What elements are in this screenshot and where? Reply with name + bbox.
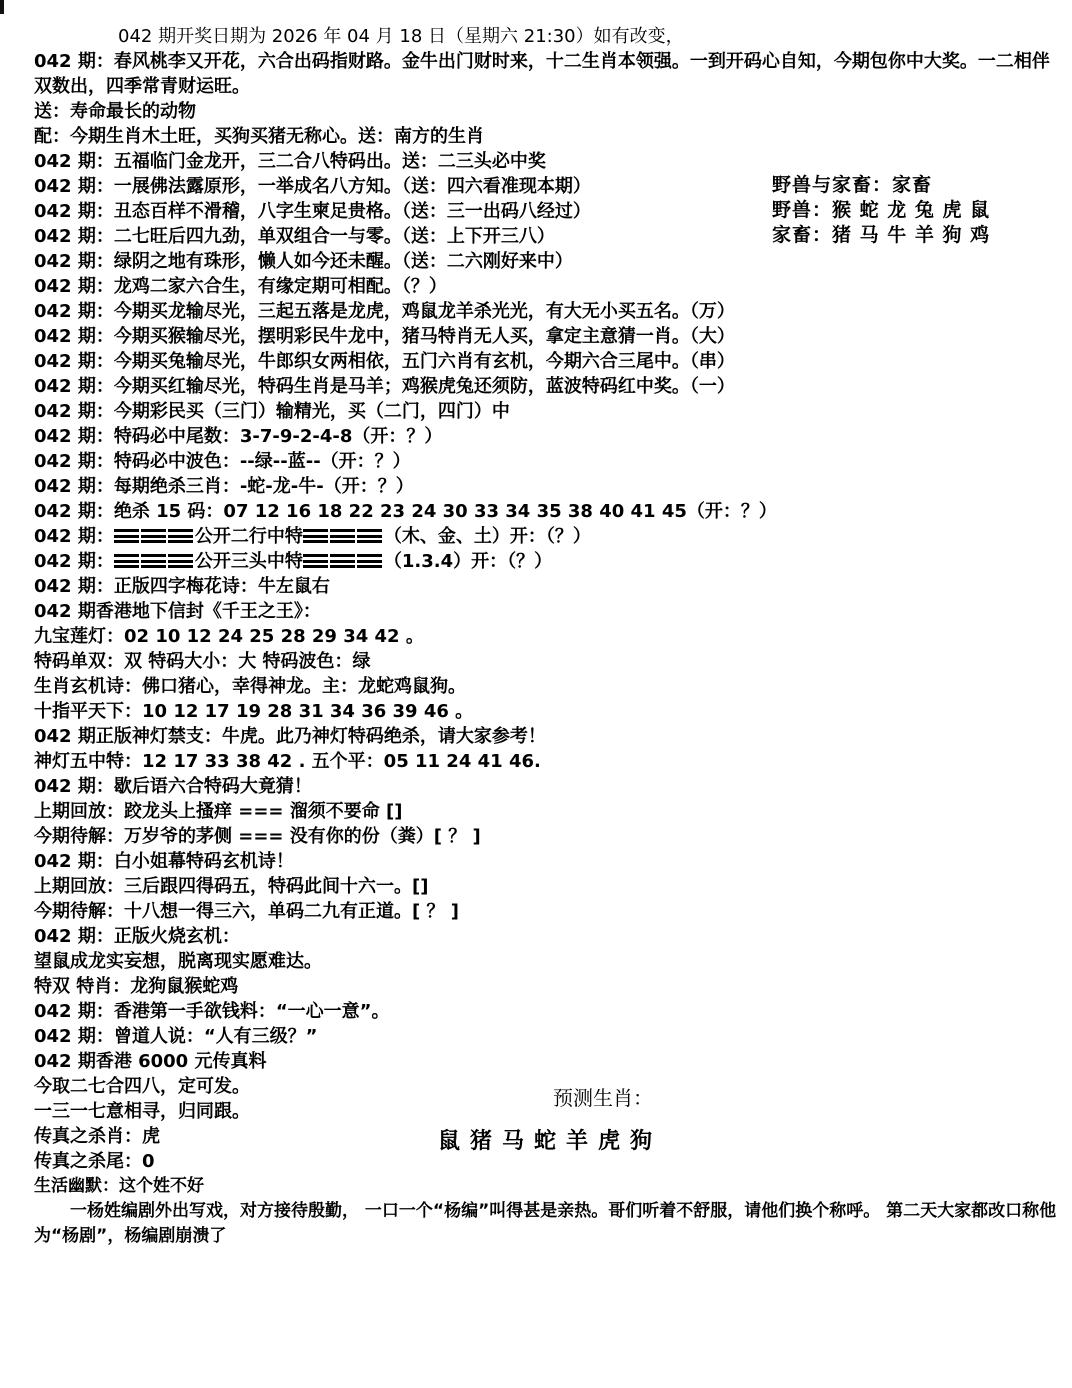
line-suffix: （1.3.4）开：（？） xyxy=(384,551,552,572)
kill-zodiac-line: 042 期：每期绝杀三肖：-蛇-龙-牛-（开：？） xyxy=(34,474,1064,499)
fire-title: 042 期：正版火烧玄机： xyxy=(34,924,1064,949)
corner-mark xyxy=(0,0,4,14)
zodiac-poem-line: 生肖玄机诗：佛口猪心，幸得神龙。主：龙蛇鸡鼠狗。 xyxy=(34,674,1064,699)
special-zodiac-line: 特双 特肖：龙狗鼠猴蛇鸡 xyxy=(34,974,1064,999)
prediction-zodiacs: 鼠猪马蛇羊虎狗 xyxy=(438,1126,718,1156)
poem-line: 042 期：春风桃李又开花，六合出码指财路。金牛出门财时来，十二生肖本领强。一到… xyxy=(34,49,1064,99)
humor-paragraph: 一杨姓编剧外出写戏，对方接待殷勤， 一口一个“杨编”叫得甚是亲热。哥们听着不舒服… xyxy=(34,1199,1064,1249)
hint-line: 042 期：绿阴之地有珠形，懒人如今还未醒。（送：二六刚好来中） xyxy=(34,249,1064,274)
line-prefix: 042 期： xyxy=(34,551,114,572)
trigram-icon xyxy=(330,529,355,543)
plum-poem-line: 042 期：正版四字梅花诗：牛左鼠右 xyxy=(34,574,1064,599)
current-poem: 今期待解：十八想一得三六，单码二九有正道。[ ？ ] xyxy=(34,899,1064,924)
match-line: 配：今期生肖木土旺，买狗买猪无称心。送：南方的生肖 xyxy=(34,124,1064,149)
kill-numbers-line: 042 期：绝杀 15 码：07 12 16 18 22 23 24 30 33… xyxy=(34,499,1064,524)
line-middle: 公开三头中特 xyxy=(195,551,303,572)
hk-first-hand-line: 042 期：香港第一手欲钱料：“一心一意”。 xyxy=(34,999,1064,1024)
trigram-icon xyxy=(141,554,166,568)
trigram-icon xyxy=(357,554,382,568)
gift-line: 送：寿命最长的动物 xyxy=(34,99,1064,124)
trigram-line-two-rows: 042 期：公开二行中特（木、金、土）开：（？） xyxy=(34,524,1064,549)
humor-title: 生活幽默：这个姓不好 xyxy=(34,1174,1064,1199)
lamp-numbers-line: 神灯五中特：12 17 33 38 42 . 五个平：05 11 24 41 4… xyxy=(34,749,1064,774)
trigram-line-three-heads: 042 期：公开三头中特（1.3.4）开：（？） xyxy=(34,549,1064,574)
trigram-icon xyxy=(168,529,193,543)
fax-title: 042 期香港 6000 元传真料 xyxy=(34,1049,1064,1074)
trigram-icon xyxy=(303,554,328,568)
trigram-icon xyxy=(357,529,382,543)
loss-line: 042 期：今期买兔输尽光，牛郎织女两相依，五门六肖有玄机，今期六合三尾中。（串… xyxy=(34,349,1064,374)
line-middle: 公开二行中特 xyxy=(195,526,303,547)
trigram-icon xyxy=(114,529,139,543)
white-lady-title: 042 期：白小姐幕特码玄机诗！ xyxy=(34,849,1064,874)
wild-beasts-list: 野兽：猴 蛇 龙 兔 虎 鼠 xyxy=(772,198,990,223)
trigram-icon xyxy=(168,554,193,568)
loss-line: 042 期：今期彩民买（三门）输精光，买（二门，四门）中 xyxy=(34,399,1064,424)
trigram-icon xyxy=(114,554,139,568)
category-answer: 野兽与家畜：家畜 xyxy=(772,173,990,198)
loss-line: 042 期：今期买龙输尽光，三起五落是龙虎，鸡鼠龙羊杀光光，有大无小买五名。（万… xyxy=(34,299,1064,324)
line-prefix: 042 期： xyxy=(34,526,114,547)
zeng-daoren-line: 042 期：曾道人说：“人有三级？” xyxy=(34,1024,1064,1049)
prediction-panel: 预测生肖： 鼠猪马蛇羊虎狗 xyxy=(438,1084,718,1156)
last-period-poem: 上期回放：三后跟四得码五，特码此间十六一。[] xyxy=(34,874,1064,899)
wave-color-line: 042 期：特码必中波色：--绿--蓝--（开：？） xyxy=(34,449,1064,474)
draw-date-header: 042 期开奖日期为 2026 年 04 月 18 日（星期六 21:30）如有… xyxy=(34,24,1064,49)
hint-line: 042 期：龙鸡二家六合生，有缘定期可相配。（？） xyxy=(34,274,1064,299)
trigram-icon xyxy=(141,529,166,543)
zodiac-category-panel: 野兽与家畜：家畜 野兽：猴 蛇 龙 兔 虎 鼠 家畜：猪 马 牛 羊 狗 鸡 xyxy=(772,173,990,248)
loss-line: 042 期：今期买红输尽光，特码生肖是马羊；鸡猴虎兔还须防，蓝波特码红中奖。（一… xyxy=(34,374,1064,399)
lamp-ban-line: 042 期正版神灯禁支：牛虎。此乃神灯特码绝杀，请大家参考！ xyxy=(34,724,1064,749)
trigram-icon xyxy=(303,529,328,543)
secret-envelope-title: 042 期香港地下信封《千王之王》： xyxy=(34,599,1064,624)
current-riddle: 今期待解：万岁爷的茅侧 === 没有你的份（粪）[ ？ ] xyxy=(34,824,1064,849)
line-suffix: （木、金、土）开：（？） xyxy=(384,526,591,547)
hint-line: 042 期：五福临门金龙开，三二合八特码出。送：二三头必中奖 xyxy=(34,149,1064,174)
trigram-icon xyxy=(330,554,355,568)
riddle-title: 042 期：歇后语六合特码大竟猜！ xyxy=(34,774,1064,799)
last-period-riddle: 上期回放：跤龙头上搔痒 === 溜须不要命 [] xyxy=(34,799,1064,824)
loss-line: 042 期：今期买猴输尽光，摆明彩民牛龙中，猪马特肖无人买，拿定主意猜一肖。（大… xyxy=(34,324,1064,349)
nine-lotus-line: 九宝莲灯：02 10 12 24 25 28 29 34 42 。 xyxy=(34,624,1064,649)
tail-numbers-line: 042 期：特码必中尾数：3-7-9-2-4-8（开：？） xyxy=(34,424,1064,449)
ten-fingers-line: 十指平天下：10 12 17 19 28 31 34 36 39 46 。 xyxy=(34,699,1064,724)
prediction-title: 预测生肖： xyxy=(438,1084,718,1114)
fire-poem: 望鼠成龙实妄想，脱离现实愿难达。 xyxy=(34,949,1064,974)
domestic-animals-list: 家畜：猪 马 牛 羊 狗 鸡 xyxy=(772,223,990,248)
special-attributes-line: 特码单双：双 特码大小：大 特码波色：绿 xyxy=(34,649,1064,674)
